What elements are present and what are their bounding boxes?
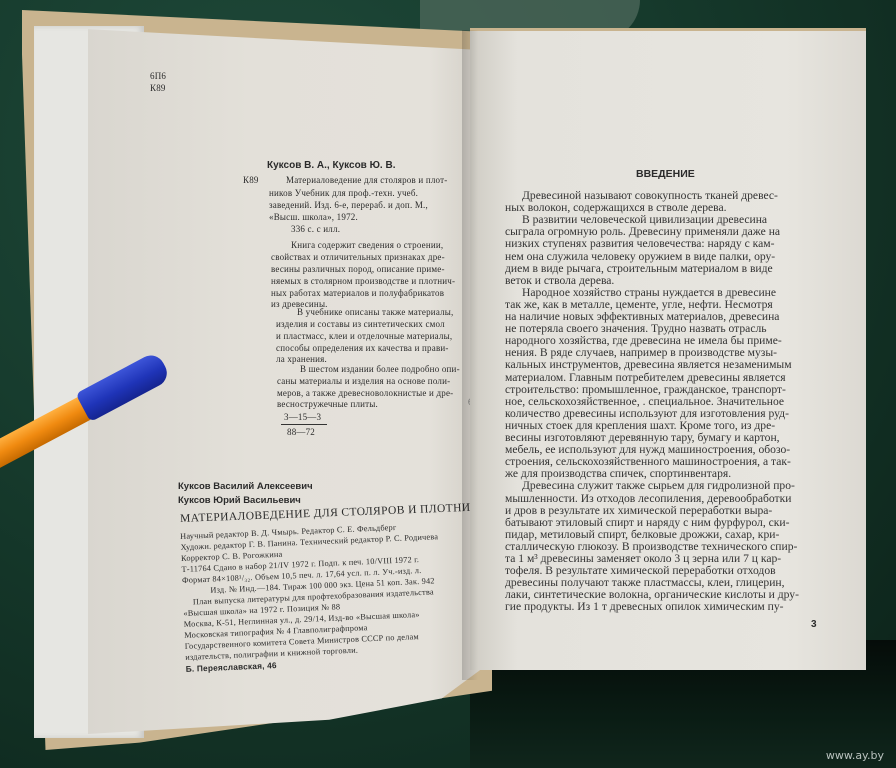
body-line: строительство: промышленное, гражданское… [505, 384, 786, 396]
body-line: мышленности. Из отходов лесопиления, дер… [505, 493, 791, 505]
body-line: сталлическую глюкозу. В производстве тех… [505, 541, 797, 553]
annotation-line: саны материалы и изделия на основе поли- [277, 377, 450, 386]
body-line: весины изготовляют деревянную тару, бума… [505, 432, 780, 444]
fraction-line [281, 424, 327, 425]
annotation-line: няемых в столярном производстве и плотни… [271, 277, 455, 286]
body-line: веток и ствола дерева. [505, 275, 614, 287]
fraction-numerator: 3—15—3 [284, 413, 321, 422]
author-full-name-1: Куксов Василий Алексеевич [178, 482, 313, 492]
body-line: батывают этиловый спирт и наряду с ним ф… [505, 517, 789, 529]
body-line: низких ступенях развития человечества: н… [505, 238, 774, 250]
body-line: не потеряла своего значения. Трудно назв… [505, 323, 767, 335]
body-line: Народное хозяйство страны нуждается в др… [522, 287, 776, 299]
body-line: и дров в результате их химической перера… [505, 505, 772, 517]
body-line: Древесиной называют совокупность тканей … [522, 190, 778, 202]
authors-header: Куксов В. А., Куксов Ю. В. [267, 161, 395, 171]
author-full-name-2: Куксов Юрий Васильевич [178, 496, 301, 506]
annotation-line: ных работах материалов и полуфабрикатов [271, 289, 444, 298]
body-line: та 1 м³ древесины заменяет около 3 ц зер… [505, 553, 781, 565]
body-line: кальных инструментов, древесина является… [505, 359, 792, 371]
annotation-line: ла хранения. [276, 355, 327, 364]
bib-line: «Высш. школа», 1972. [269, 213, 358, 222]
bib-line: ников Учебник для проф.-техн. учеб. [269, 189, 418, 198]
body-line: ное, сельскохозяйственное, . специальное… [505, 396, 784, 408]
bib-line: 336 с. с илл. [291, 225, 340, 234]
annotation-line: весностружечные плиты. [277, 400, 378, 409]
body-line: ных волокон, содержащихся в стволе дерев… [505, 202, 727, 214]
body-line: гие продукты. Из 1 т древесных опилок хи… [505, 601, 784, 613]
body-line: пидар, метиловый спирт, белковые дрожжи,… [505, 529, 779, 541]
body-line: В развитии человеческой цивилизации древ… [522, 214, 767, 226]
annotation-line: способы определения их качества и прави- [276, 344, 449, 353]
body-line: количество древесины используют для изго… [505, 408, 789, 420]
body-line: нения. В ряде случаев, например в произв… [505, 347, 777, 359]
body-line: нем она служила человеку оружием в виде … [505, 251, 775, 263]
annotation-line: Книга содержит сведения о строении, [291, 241, 443, 250]
body-line: так же, как в металле, цементе, угле, не… [505, 299, 773, 311]
page-number: 3 [811, 620, 817, 630]
body-line: сыграла огромную роль. Древесину применя… [505, 226, 780, 238]
annotation-line: В учебнике описаны также материалы, [297, 308, 453, 317]
classification-code-1: 6П6 [150, 72, 166, 81]
annotation-line: меров, а также древесноволокнистые и дре… [277, 389, 453, 398]
bib-line: заведений. Изд. 6-е, перераб. и доп. М., [269, 201, 428, 210]
body-line: же для производства спичек, спортинвента… [505, 468, 731, 480]
watermark: www.ay.by [826, 749, 884, 762]
catalog-code: К89 [243, 176, 259, 185]
annotation-line: изделия и составы из синтетических смол [276, 320, 445, 329]
body-line: тофеля. В результате химической перерабо… [505, 565, 776, 577]
body-line: Древесина служит также сырьем для гидрол… [522, 480, 795, 492]
book-spine-shadow [462, 30, 478, 680]
bib-line: Материаловедение для столяров и плот- [286, 176, 447, 185]
annotation-line: и пластмасс, клеи и отделочные материалы… [276, 332, 452, 341]
classification-code-2: К89 [150, 84, 166, 93]
annotation-line: В шестом издании более подробно опи- [300, 365, 460, 374]
body-line: мебель, ее используют для нужд машиностр… [505, 444, 790, 456]
body-line: на наличие новых эффективных материалов,… [505, 311, 779, 323]
fraction-denominator: 88—72 [287, 428, 315, 437]
annotation-line: весины различных пород, описание приме- [271, 265, 445, 274]
body-line: ничных стоек для крепления шахт. Кроме т… [505, 420, 775, 432]
body-line: древесины получают также пластмассы, кле… [505, 577, 785, 589]
body-line: дием в виде рычага, строительным материа… [505, 263, 773, 275]
annotation-line: свойствах и отличительных признаках дре- [271, 253, 445, 262]
body-line: лаки, синтетические волокна, органически… [505, 589, 799, 601]
body-line: материалом. Главным потребителем древеси… [505, 372, 786, 384]
body-line: народного хозяйства, где древесина не им… [505, 335, 782, 347]
chapter-heading: ВВЕДЕНИЕ [636, 169, 695, 180]
body-line: строения, сельскохозяйственного машиност… [505, 456, 791, 468]
